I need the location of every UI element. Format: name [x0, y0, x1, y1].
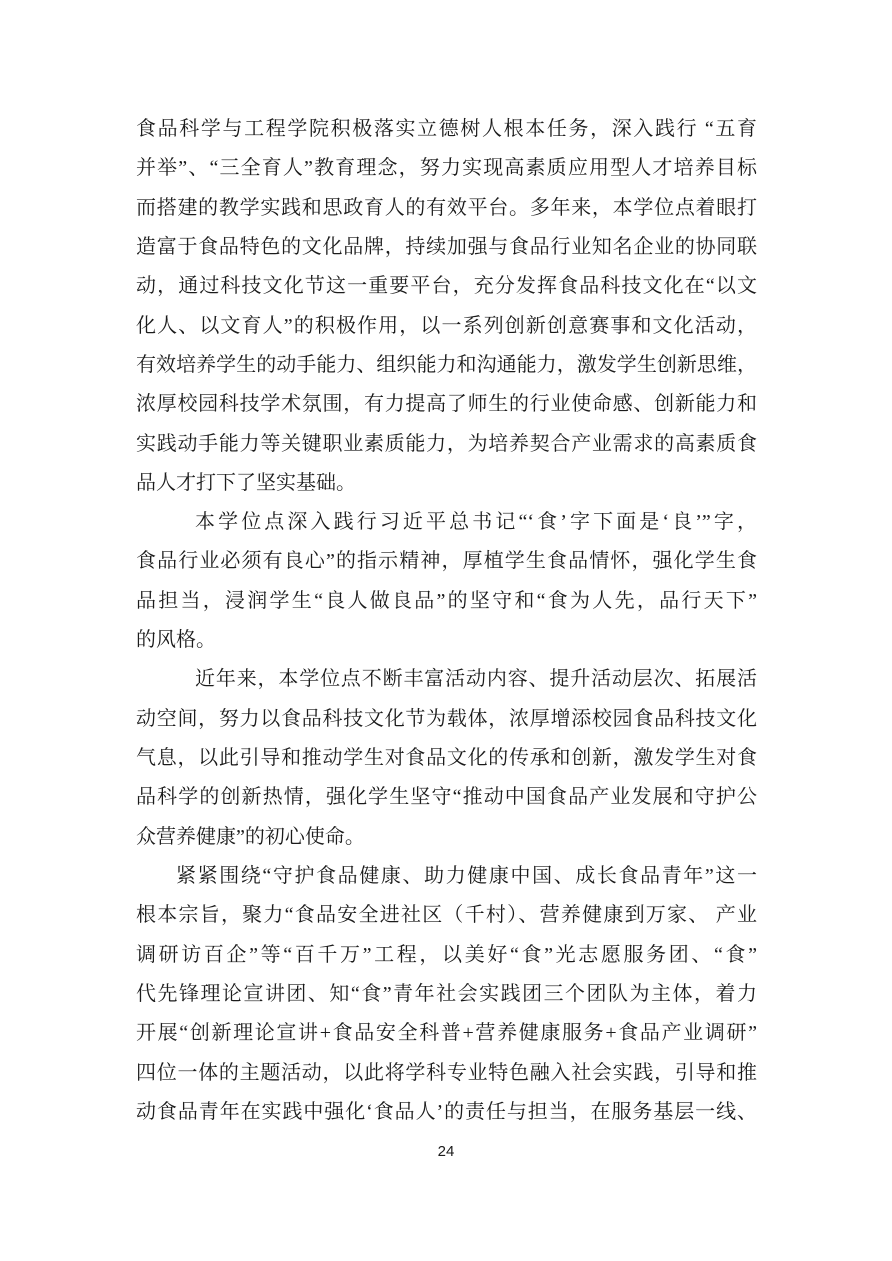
- text-line: 调研访百企”等“百千万”工程，以美好“食”光志愿服务团、“食”: [136, 936, 757, 975]
- text-line: 造富于食品特色的文化品牌，持续加强与食品行业知名企业的协同联: [136, 228, 757, 267]
- text-line: 动食品青年在实践中强化‘食品人’的责任与担当，在服务基层一线、: [136, 1093, 757, 1132]
- text-line: 实践动手能力等关键职业素质能力，为培养契合产业需求的高素质食: [136, 425, 757, 464]
- body-text: 食品科学与工程学院积极落实立德树人根本任务，深入践行 “五育 并举”、“三全育人…: [136, 110, 757, 1132]
- text-line: 气息，以此引导和推动学生对食品文化的传承和创新，激发学生对食: [136, 739, 757, 778]
- text-line: 浓厚校园科技学术氛围，有力提高了师生的行业使命感、创新能力和: [136, 385, 757, 424]
- text-line: 代先锋理论宣讲团、知“食”青年社会实践团三个团队为主体，着力: [136, 975, 757, 1014]
- text-line: 品科学的创新热情，强化学生坚守“推动中国食品产业发展和守护公: [136, 778, 757, 817]
- text-line: 众营养健康”的初心使命。: [136, 818, 757, 857]
- text-line: 有效培养学生的动手能力、组织能力和沟通能力，激发学生创新思维，: [136, 346, 757, 385]
- text-line: 化人、以文育人”的积极作用，以一系列创新创意赛事和文化活动，: [136, 307, 757, 346]
- text-line: 开展“创新理论宣讲+食品安全科普+营养健康服务+食品产业调研”: [136, 1014, 757, 1053]
- text-line: 近年来，本学位点不断丰富活动内容、提升活动层次、拓展活: [136, 660, 757, 699]
- text-line: 食品科学与工程学院积极落实立德树人根本任务，深入践行 “五育: [136, 110, 757, 149]
- text-line: 食品行业必须有良心”的指示精神，厚植学生食品情怀，强化学生食: [136, 542, 757, 581]
- text-line: 的风格。: [136, 621, 757, 660]
- page-number: 24: [0, 1142, 892, 1162]
- text-line: 动空间，努力以食品科技文化节为载体，浓厚增添校园食品科技文化: [136, 700, 757, 739]
- text-line: 品担当，浸润学生“良人做良品”的坚守和“食为人先，品行天下”: [136, 582, 757, 621]
- text-line: 动，通过科技文化节这一重要平台，充分发挥食品科技文化在“以文: [136, 267, 757, 306]
- text-line: 本学位点深入践行习近平总书记“‘食’字下面是‘良’”字，: [136, 503, 757, 542]
- text-line: 四位一体的主题活动，以此将学科专业特色融入社会实践，引导和推: [136, 1054, 757, 1093]
- text-line: 紧紧围绕“守护食品健康、助力健康中国、成长食品青年”这一: [136, 857, 757, 896]
- text-line: 而搭建的教学实践和思政育人的有效平台。多年来，本学位点着眼打: [136, 189, 757, 228]
- text-line: 根本宗旨，聚力“食品安全进社区（千村）、营养健康到万家、 产业: [136, 896, 757, 935]
- text-line: 并举”、“三全育人”教育理念，努力实现高素质应用型人才培养目标: [136, 149, 757, 188]
- document-page: 食品科学与工程学院积极落实立德树人根本任务，深入践行 “五育 并举”、“三全育人…: [0, 0, 892, 1261]
- text-line: 品人才打下了坚实基础。: [136, 464, 757, 503]
